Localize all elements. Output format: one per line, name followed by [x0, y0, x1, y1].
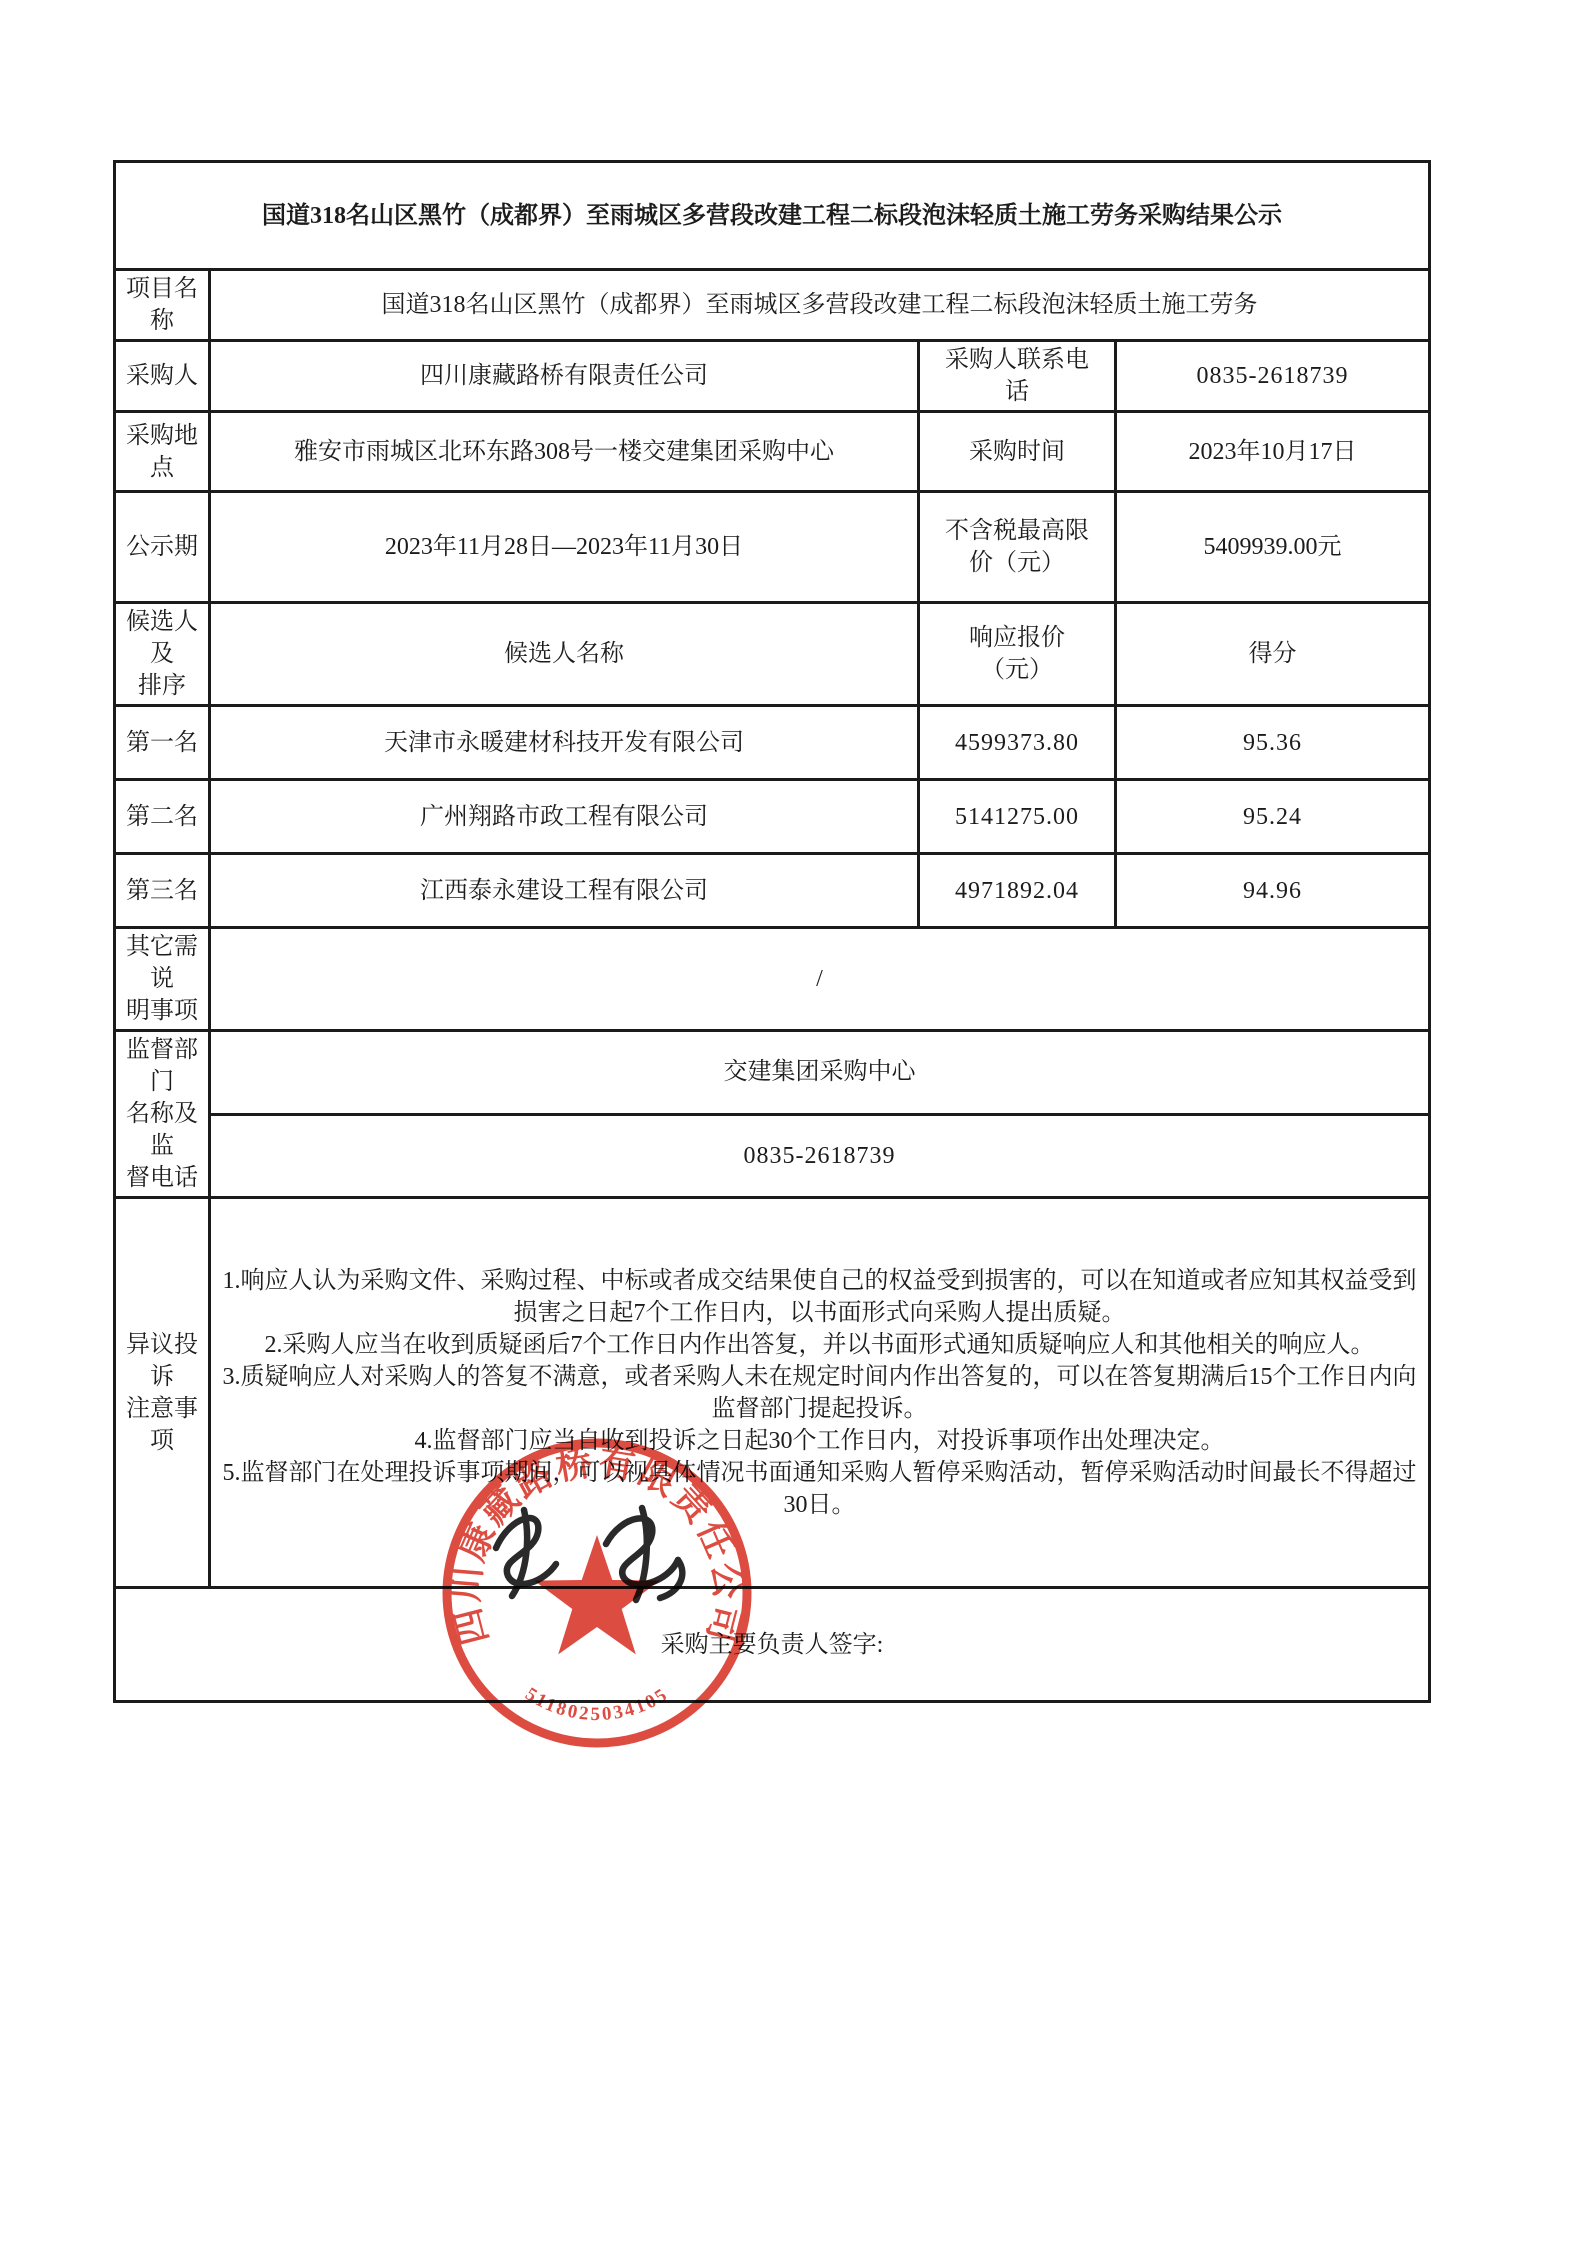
- candidate-row: 第一名 天津市永暖建材科技开发有限公司 4599373.80 95.36: [115, 706, 1430, 780]
- location-value: 雅安市雨城区北环东路308号一楼交建集团采购中心: [210, 412, 919, 492]
- score-cell: 95.36: [1116, 706, 1430, 780]
- purchaser-phone-value: 0835-2618739: [1116, 341, 1430, 412]
- score-column-header: 得分: [1116, 603, 1430, 706]
- procurement-result-table: 国道318名山区黑竹（成都界）至雨城区多营段改建工程二标段泡沫轻质土施工劳务采购…: [113, 160, 1431, 1703]
- scanned-document-page: 国道318名山区黑竹（成都界）至雨城区多营段改建工程二标段泡沫轻质土施工劳务采购…: [0, 0, 1587, 2244]
- objection-item: 4.监督部门应当自收到投诉之日起30个工作日内，对投诉事项作出处理决定。: [215, 1425, 1424, 1457]
- price-column-header: 响应报价 （元）: [919, 603, 1116, 706]
- publicity-period-label: 公示期: [115, 492, 210, 603]
- score-cell: 95.24: [1116, 780, 1430, 854]
- candidate-name-cell: 江西泰永建设工程有限公司: [210, 854, 919, 928]
- price-cell: 4971892.04: [919, 854, 1116, 928]
- seal-registration-code: 5118025034105: [521, 1684, 672, 1725]
- project-name-label: 项目名称: [115, 270, 210, 341]
- time-value: 2023年10月17日: [1116, 412, 1430, 492]
- price-cell: 5141275.00: [919, 780, 1116, 854]
- time-label: 采购时间: [919, 412, 1116, 492]
- supervisor-label: 监督部门 名称及监 督电话: [115, 1031, 210, 1198]
- objection-notice-label: 异议投诉 注意事项: [115, 1198, 210, 1588]
- handwritten-signature: [478, 1488, 748, 1618]
- document-title: 国道318名山区黑竹（成都界）至雨城区多营段改建工程二标段泡沫轻质土施工劳务采购…: [115, 162, 1430, 270]
- purchaser-label: 采购人: [115, 341, 210, 412]
- objection-item: 2.采购人应当在收到质疑函后7个工作日内作出答复，并以书面形式通知质疑响应人和其…: [215, 1329, 1424, 1361]
- supervisor-name-value: 交建集团采购中心: [210, 1031, 1430, 1115]
- max-price-label: 不含税最高限 价（元）: [919, 492, 1116, 603]
- candidate-row: 第二名 广州翔路市政工程有限公司 5141275.00 95.24: [115, 780, 1430, 854]
- other-notes-value: /: [210, 928, 1430, 1031]
- candidate-name-cell: 天津市永暖建材科技开发有限公司: [210, 706, 919, 780]
- candidate-name-cell: 广州翔路市政工程有限公司: [210, 780, 919, 854]
- candidate-row: 第三名 江西泰永建设工程有限公司 4971892.04 94.96: [115, 854, 1430, 928]
- purchaser-value: 四川康藏路桥有限责任公司: [210, 341, 919, 412]
- rank-cell: 第一名: [115, 706, 210, 780]
- rank-cell: 第三名: [115, 854, 210, 928]
- rank-cell: 第二名: [115, 780, 210, 854]
- purchaser-phone-label: 采购人联系电 话: [919, 341, 1116, 412]
- max-price-value: 5409939.00元: [1116, 492, 1430, 603]
- location-label: 采购地点: [115, 412, 210, 492]
- publicity-period-value: 2023年11月28日—2023年11月30日: [210, 492, 919, 603]
- rank-column-header: 候选人及 排序: [115, 603, 210, 706]
- objection-item: 3.质疑响应人对采购人的答复不满意，或者采购人未在规定时间内作出答复的，可以在答…: [215, 1361, 1424, 1425]
- score-cell: 94.96: [1116, 854, 1430, 928]
- signature-line-label: 采购主要负责人签字:: [115, 1588, 1430, 1702]
- objection-item: 1.响应人认为采购文件、采购过程、中标或者成交结果使自己的权益受到损害的，可以在…: [215, 1265, 1424, 1329]
- objection-item: 5.监督部门在处理投诉事项期间，可以视具体情况书面通知采购人暂停采购活动，暂停采…: [215, 1457, 1424, 1521]
- price-cell: 4599373.80: [919, 706, 1116, 780]
- project-name-value: 国道318名山区黑竹（成都界）至雨城区多营段改建工程二标段泡沫轻质土施工劳务: [210, 270, 1430, 341]
- candidate-name-column-header: 候选人名称: [210, 603, 919, 706]
- other-notes-label: 其它需说 明事项: [115, 928, 210, 1031]
- supervisor-phone-value: 0835-2618739: [210, 1114, 1430, 1198]
- objection-notice-text: 1.响应人认为采购文件、采购过程、中标或者成交结果使自己的权益受到损害的，可以在…: [210, 1198, 1430, 1588]
